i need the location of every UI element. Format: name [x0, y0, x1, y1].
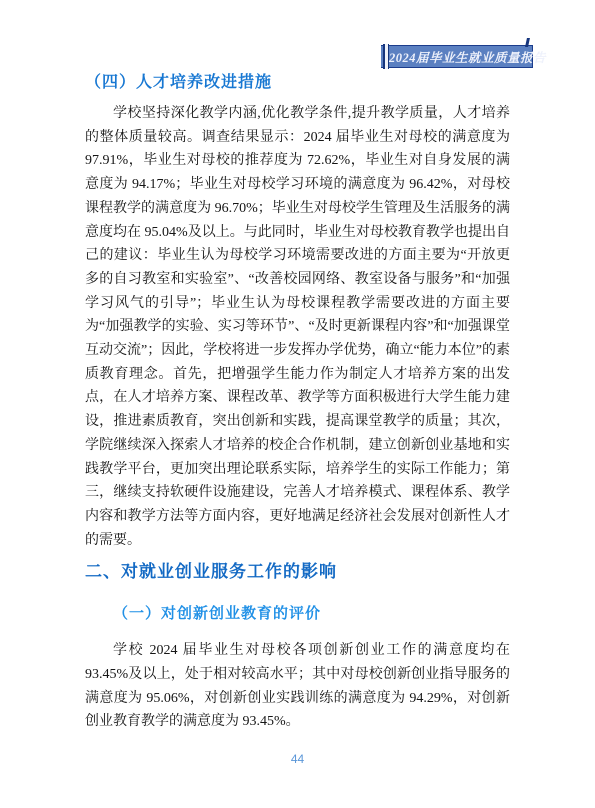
paragraph-talent-improvement: 学校坚持深化教学内涵,优化教学条件,提升教学质量，人才培养的整体质量较高。调查结…: [85, 102, 510, 552]
report-title-badge: 2024届毕业生就业质量报告: [381, 45, 533, 68]
badge-fold-decoration: [525, 38, 530, 47]
paragraph-innovation-education-evaluation: 学校 2024 届毕业生对母校各项创新创业工作的满意度均在 93.45%及以上，…: [85, 639, 510, 734]
document-page: 2024届毕业生就业质量报告 （四）人才培养改进措施 学校坚持深化教学内涵,优化…: [0, 0, 595, 808]
report-title-text: 2024届毕业生就业质量报告: [381, 48, 532, 66]
page-number: 44: [291, 752, 304, 766]
chapter-heading-employment-services-impact: 二、对就业创业服务工作的影响: [85, 561, 510, 582]
section-heading-talent-improvement: （四）人才培养改进措施: [85, 73, 510, 93]
document-content: （四）人才培养改进措施 学校坚持深化教学内涵,优化教学条件,提升教学质量，人才培…: [85, 73, 510, 734]
badge-scroll-edge-decoration: [383, 44, 389, 69]
page-footer: 44: [0, 750, 595, 768]
subsection-heading-innovation-education-evaluation: （一）对创新创业教育的评价: [113, 604, 510, 623]
